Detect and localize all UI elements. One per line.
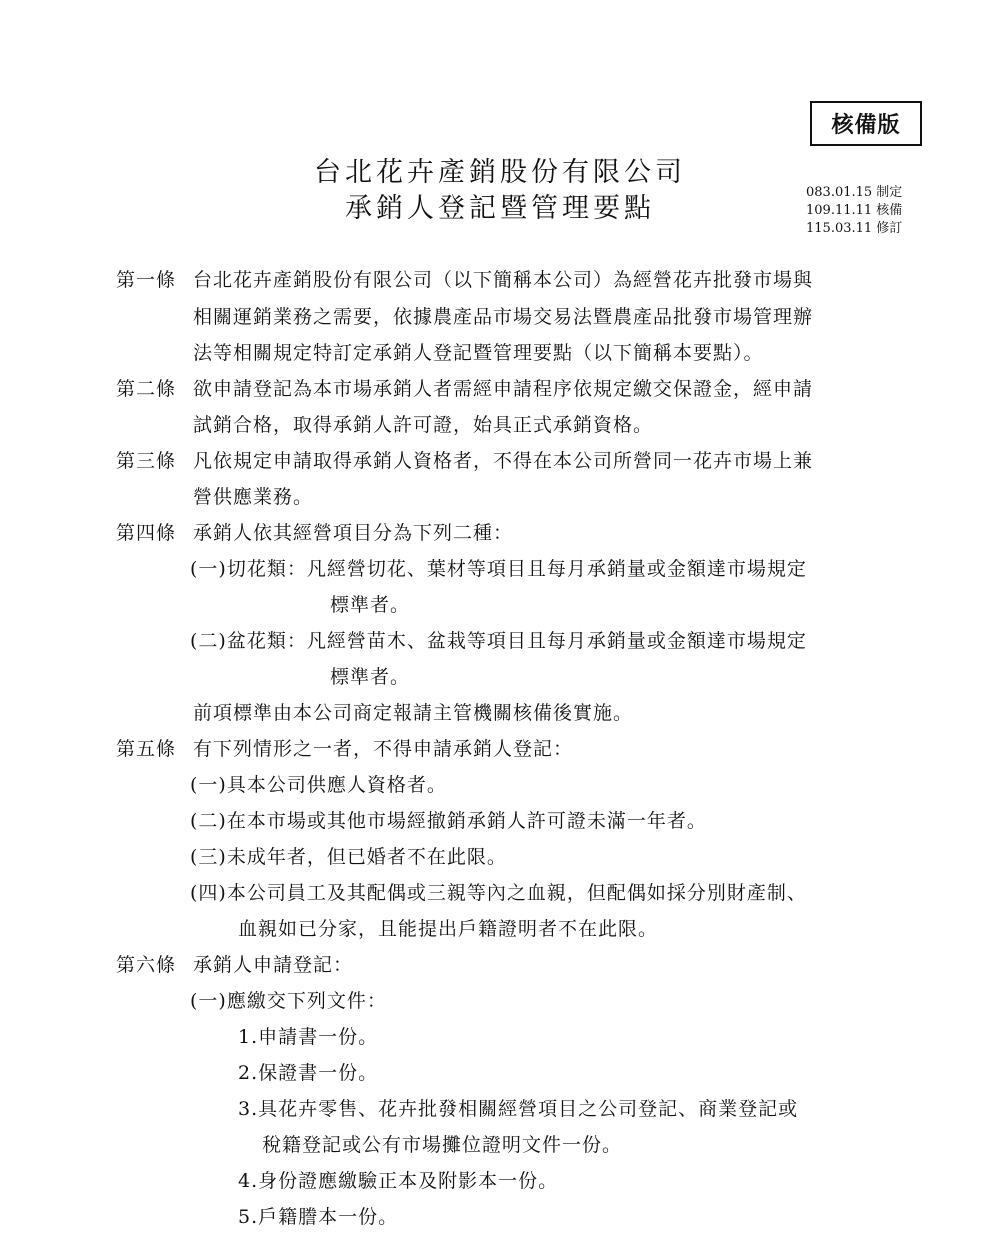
document-list-item: 稅籍登記或公有市場攤位證明文件一份。 [262, 1133, 622, 1157]
revision-date: 115.03.11 修訂 [806, 220, 902, 238]
article-text: 欲申請登記為本市場承銷人者需經申請程序依規定繳交保證金，經申請 [193, 377, 813, 401]
article-text: 台北花卉產銷股份有限公司（以下簡稱本公司）為經營花卉批發市場與 [193, 268, 813, 292]
document-list-item: 5.戶籍謄本一份。 [238, 1205, 398, 1229]
article-item: 標準者。 [330, 593, 410, 617]
article-text: 承銷人依其經營項目分為下列二種： [193, 521, 513, 545]
article-text: 凡依規定申請取得承銷人資格者，不得在本公司所營同一花卉市場上兼 [193, 449, 813, 473]
article-text: 承銷人申請登記： [193, 953, 353, 977]
document-list-item: 4.身份證應繳驗正本及附影本一份。 [238, 1169, 558, 1193]
article-label: 第五條 [116, 737, 176, 761]
document-list-item: 2.保證書一份。 [238, 1061, 378, 1085]
article-item: (二)在本市場或其他市場經撤銷承銷人許可證未滿一年者。 [190, 809, 707, 833]
document-title-company: 台北花卉產銷股份有限公司 [300, 150, 700, 189]
article-label: 第四條 [116, 521, 176, 545]
document-list-item: 3.具花卉零售、花卉批發相關經營項目之公司登記、商業登記或 [238, 1097, 798, 1121]
stamp-label: 核備版 [831, 108, 900, 139]
article-item: (二)盆花類：凡經營苗木、盆栽等項目且每月承銷量或金額達市場規定 [190, 629, 807, 653]
article-text: 相關運銷業務之需要，依據農產品市場交易法暨農產品批發市場管理辦 [193, 305, 813, 329]
article-label: 第二條 [116, 377, 176, 401]
article-label: 第六條 [116, 953, 176, 977]
article-text: 有下列情形之一者，不得申請承銷人登記： [193, 737, 573, 761]
revision-history: 083.01.15 制定 109.11.11 核備 115.03.11 修訂 [806, 184, 902, 238]
article-note: 前項標準由本公司商定報請主管機關核備後實施。 [193, 701, 633, 725]
article-text: 法等相關規定特訂定承銷人登記暨管理要點（以下簡稱本要點）。 [193, 341, 764, 365]
document-title-regulation: 承銷人登記暨管理要點 [300, 186, 700, 225]
revision-date: 083.01.15 制定 [806, 184, 902, 202]
article-item: (三)未成年者，但已婚者不在此限。 [190, 845, 507, 869]
article-label: 第三條 [116, 449, 176, 473]
article-item: 標準者。 [330, 665, 410, 689]
article-text: 營供應業務。 [193, 485, 313, 509]
article-label: 第一條 [116, 268, 176, 292]
article-item: (一)應繳交下列文件： [190, 989, 387, 1013]
revision-date: 109.11.11 核備 [806, 202, 902, 220]
article-item: 血親如已分家，且能提出戶籍證明者不在此限。 [238, 917, 658, 941]
document-list-item: 1.申請書一份。 [238, 1025, 378, 1049]
article-item: (四)本公司員工及其配偶或三親等內之血親，但配偶如採分別財產制、 [190, 881, 807, 905]
approval-stamp: 核備版 [810, 101, 922, 146]
article-item: (一)切花類：凡經營切花、葉材等項目且每月承銷量或金額達市場規定 [190, 557, 807, 581]
article-item: (一)具本公司供應人資格者。 [190, 773, 447, 797]
article-text: 試銷合格，取得承銷人許可證，始具正式承銷資格。 [193, 413, 653, 437]
